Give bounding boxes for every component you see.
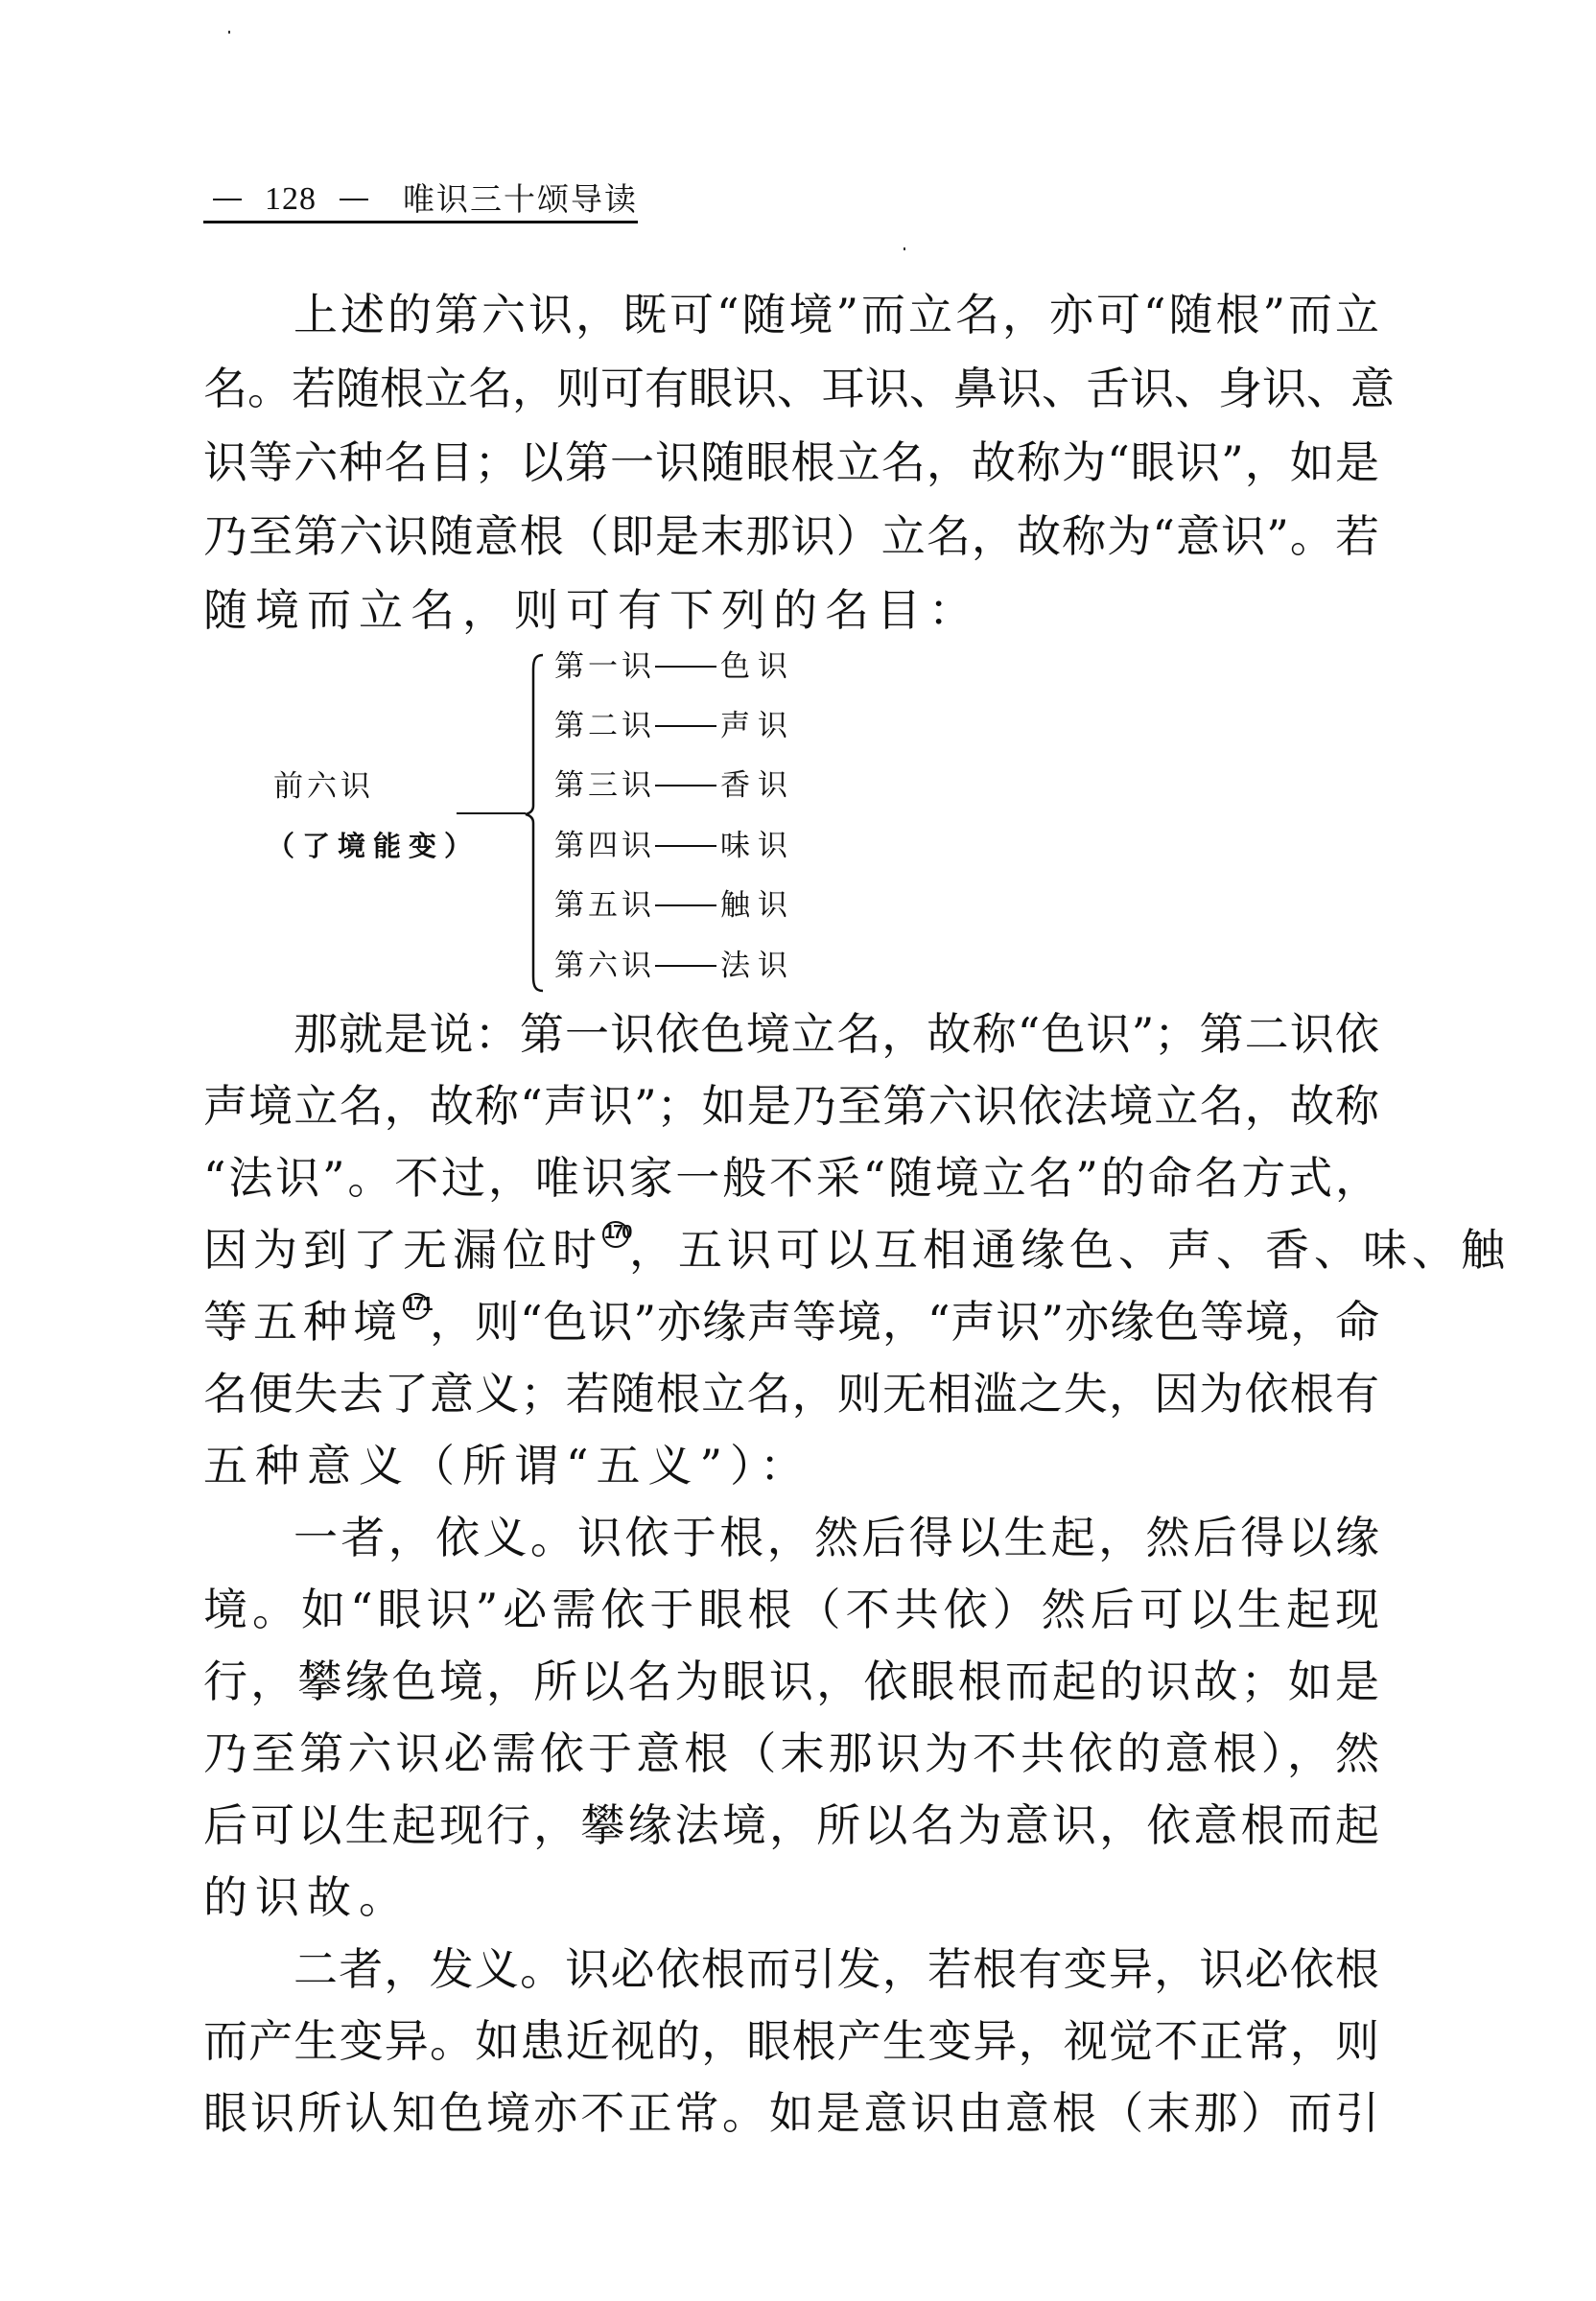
diagram-item: 第三识 香识: [554, 764, 813, 807]
text-line: 五种意义（所谓“五义”）：: [203, 1437, 1379, 1494]
running-header: 128 唯识三十颂导读: [203, 178, 638, 223]
text-line: 名。若随根立名，则可有眼识、耳识、鼻识、舌识、身识、意: [203, 360, 1379, 417]
diagram-item: 第六识 法识: [554, 945, 813, 987]
text-segment: ，则“色识”亦缘声等境，“声识”亦缘色等境，命: [430, 1293, 1380, 1350]
diagram-item-name: 触识: [720, 884, 795, 927]
diagram-item-ordinal: 第五识: [554, 884, 655, 927]
scan-speck: [228, 31, 230, 34]
text-line: 上述的第六识，既可“随境”而立名，亦可“随根”而立: [293, 286, 1379, 343]
diagram-item-name: 味识: [720, 825, 795, 867]
diagram-item: 第一识 色识: [554, 646, 813, 688]
text-line: 识等六种名目；以第一识随眼根立名，故称为“眼识”，如是: [203, 434, 1379, 491]
dash-rule: [655, 845, 716, 847]
diagram-item: 第五识 触识: [554, 884, 813, 927]
text-line: 而产生变异。如患近视的，眼根产生变异，视觉不正常，则: [203, 2012, 1379, 2070]
text-line: 乃至第六识必需依于意根（末那识为不共依的意根），然: [203, 1725, 1379, 1782]
diagram-connector-line: [457, 812, 526, 814]
dash-rule: [655, 666, 716, 668]
header-dash-right: [340, 199, 368, 200]
diagram-item-ordinal: 第三识: [554, 764, 655, 807]
text-line: 名便失去了意义；若随根立名，则无相滥之失，因为依根有: [203, 1365, 1379, 1422]
dash-rule: [655, 785, 716, 787]
diagram-item-name: 声识: [720, 705, 795, 747]
footnote-marker[interactable]: 170: [602, 1221, 629, 1248]
text-line: 境。如“眼识”必需依于眼根（不共依）然后可以生起现: [203, 1581, 1379, 1638]
text-line: 一者，依义。识依于根，然后得以生起，然后得以缘: [293, 1509, 1379, 1566]
curly-brace-icon: [518, 652, 547, 994]
diagram-item-ordinal: 第四识: [554, 825, 655, 867]
page-number: 128: [265, 180, 317, 219]
text-line: 随境而立名，则可有下列的名目：: [203, 581, 1379, 639]
diagram-item-name: 香识: [720, 764, 795, 807]
dash-rule: [655, 904, 716, 906]
diagram-item-name: 法识: [720, 945, 795, 987]
scan-speck: [904, 247, 905, 250]
text-line: 二者，发义。识必依根而引发，若根有变异，识必依根: [293, 1940, 1379, 1998]
diagram-item: 第二识 声识: [554, 705, 813, 747]
text-line: 声境立名，故称“声识”；如是乃至第六识依法境立名，故称: [203, 1077, 1379, 1135]
text-segment: ，五识可以互相通缘色、声、香、味、触: [629, 1221, 1510, 1279]
text-segment: 因为到了无漏位时: [203, 1221, 602, 1279]
diagram-item-ordinal: 第六识: [554, 945, 655, 987]
diagram-item-name: 色识: [720, 646, 795, 688]
text-line: 因为到了无漏位时 170 ，五识可以互相通缘色、声、香、味、触: [203, 1221, 1379, 1279]
diagram-root-label: 前六识: [273, 767, 374, 806]
diagram-item-ordinal: 第一识: [554, 646, 655, 688]
diagram-item-ordinal: 第二识: [554, 705, 655, 747]
text-line: 那就是说：第一识依色境立名，故称“色识”；第二识依: [293, 1005, 1379, 1063]
text-line: 乃至第六识随意根（即是末那识）立名，故称为“意识”。若: [203, 507, 1379, 565]
text-line: 眼识所认知色境亦不正常。如是意识由意根（末那）而引: [203, 2084, 1379, 2142]
text-line: “法识”。不过，唯识家一般不采“随境立名”的命名方式，: [203, 1149, 1379, 1207]
text-segment: 等五种境: [203, 1293, 403, 1350]
book-title: 唯识三十颂导读: [403, 180, 638, 219]
text-line: 等五种境 171 ，则“色识”亦缘声等境，“声识”亦缘色等境，命: [203, 1293, 1379, 1350]
footnote-marker[interactable]: 171: [403, 1293, 430, 1320]
diagram-item: 第四识 味识: [554, 825, 813, 867]
dash-rule: [655, 725, 716, 727]
text-line: 后可以生起现行，攀缘法境，所以名为意识，依意根而起: [203, 1796, 1379, 1854]
text-line: 行，攀缘色境，所以名为眼识，依眼根而起的识故；如是: [203, 1653, 1379, 1710]
text-line: 的识故。: [203, 1868, 1379, 1926]
diagram-root-sublabel: （了境能变）: [267, 827, 480, 865]
dash-rule: [655, 965, 716, 967]
header-dash-left: [213, 199, 242, 200]
